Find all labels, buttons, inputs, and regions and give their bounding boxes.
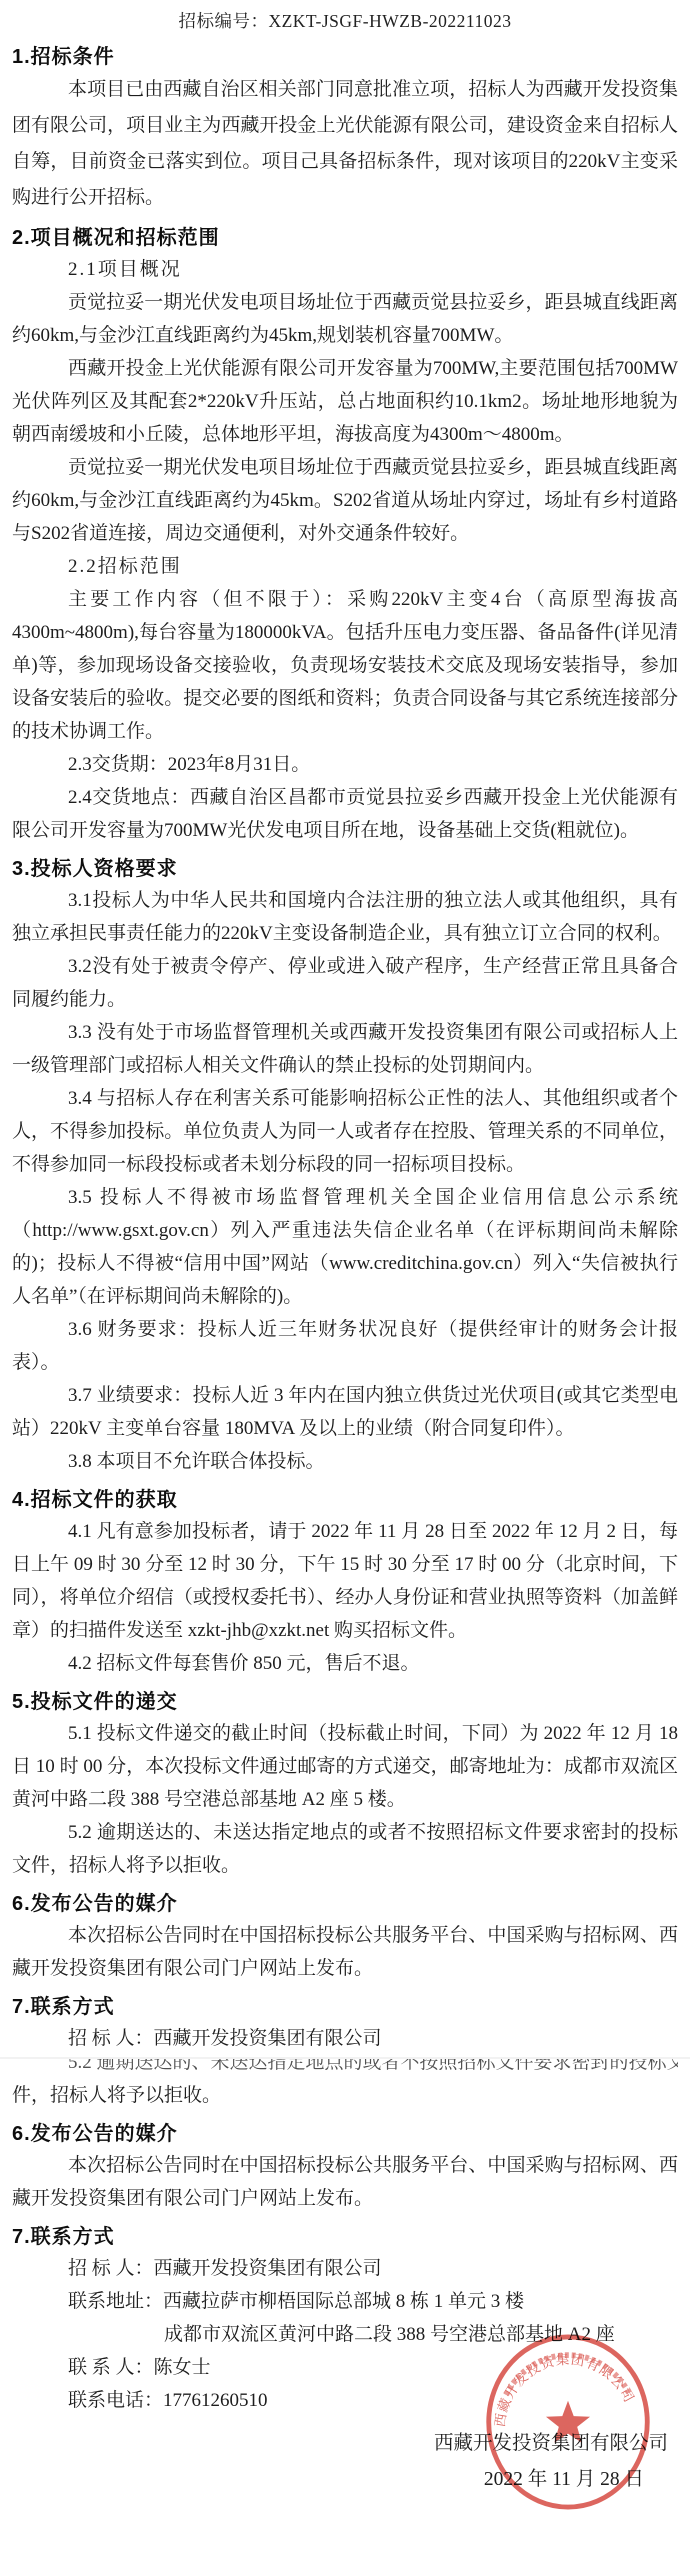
clause-4-1: 4.1 凡有意参加投标者，请于 2022 年 11 月 28 日至 2022 年… bbox=[12, 1515, 678, 1647]
section-7-heading: 7.联系方式 bbox=[12, 1992, 678, 2022]
section-2-3-delivery-date: 2.3交货期：2023年8月31日。 bbox=[12, 748, 678, 781]
section-3-heading: 3.投标人资格要求 bbox=[12, 854, 678, 884]
duplicate-section-7-heading: 7.联系方式 bbox=[12, 2222, 678, 2252]
signature-company-name: 西藏开发投资集团有限公司 bbox=[434, 2428, 668, 2460]
bidder-line: 招 标 人：西藏开发投资集团有限公司 bbox=[12, 2022, 678, 2055]
section-2-2-subheading: 2.2招标范围 bbox=[12, 550, 678, 583]
clipped-duplicate-clause-5-2-line-1: 5.2 逾期送达的、未送达指定地点的或者不按照招标文件要求密封的投标文 bbox=[12, 2059, 678, 2079]
section-1-paragraph: 本项目已由西藏自治区相关部门同意批准立项，招标人为西藏开发投资集团有限公司，项目… bbox=[12, 72, 678, 216]
contact-person-line: 联 系 人：陈女士 bbox=[12, 2351, 678, 2384]
duplicate-section-6-paragraph: 本次招标公告同时在中国招标投标公共服务平台、中国采购与招标网、西藏开发投资集团有… bbox=[12, 2149, 678, 2215]
section-2-4-delivery-place: 2.4交货地点：西藏自治区昌都市贡觉县拉妥乡西藏开投金上光伏能源有限公司开发容量… bbox=[12, 781, 678, 847]
section-2-1-subheading: 2.1项目概况 bbox=[12, 253, 678, 286]
tender-number: 招标编号：XZKT-JSGF-HWZB-202211023 bbox=[12, 8, 678, 35]
section-2-2-paragraph: 主要工作内容（但不限于）：采购220kV主变4台（高原型海拔高4300m~480… bbox=[12, 583, 678, 748]
section-2-1-paragraph-1: 贡觉拉妥一期光伏发电项目场址位于西藏贡觉县拉妥乡，距县城直线距离约60km,与金… bbox=[12, 286, 678, 352]
clause-3-6: 3.6 财务要求：投标人近三年财务状况良好（提供经审计的财务会计报表）。 bbox=[12, 1313, 678, 1379]
clause-3-7: 3.7 业绩要求：投标人近 3 年内在国内独立供货过光伏项目(或其它类型电站）2… bbox=[12, 1379, 678, 1445]
clause-5-1: 5.1 投标文件递交的截止时间（投标截止时间，下同）为 2022 年 12 月 … bbox=[12, 1717, 678, 1816]
bidder-line-2: 招 标 人：西藏开发投资集团有限公司 bbox=[12, 2252, 678, 2285]
signature-date: 2022 年 11 月 28 日 bbox=[484, 2464, 644, 2496]
tender-document-page: 招标编号：XZKT-JSGF-HWZB-202211023 1.招标条件 本项目… bbox=[0, 0, 690, 2564]
section-6-heading: 6.发布公告的媒介 bbox=[12, 1889, 678, 1919]
clause-5-2: 5.2 逾期送达的、未送达指定地点的或者不按照招标文件要求密封的投标文件，招标人… bbox=[12, 1816, 678, 1882]
duplicate-clause-5-2-line-2: 件，招标人将予以拒收。 bbox=[12, 2079, 678, 2112]
clause-3-2: 3.2没有处于被责令停产、停业或进入破产程序，生产经营正常且具备合同履约能力。 bbox=[12, 950, 678, 1016]
clause-3-4: 3.4 与招标人存在利害关系可能影响招标公正性的法人、其他组织或者个人，不得参加… bbox=[12, 1082, 678, 1181]
clause-3-1: 3.1投标人为中华人民共和国境内合法注册的独立法人或其他组织，具有独立承担民事责… bbox=[12, 884, 678, 950]
clause-3-5: 3.5 投标人不得被市场监督管理机关全国企业信用信息公示系统（http://ww… bbox=[12, 1181, 678, 1313]
section-4-heading: 4.招标文件的获取 bbox=[12, 1485, 678, 1515]
section-1-heading: 1.招标条件 bbox=[12, 42, 678, 72]
section-2-1-paragraph-2: 西藏开投金上光伏能源有限公司开发容量为700MW,主要范围包括700MW光伏阵列… bbox=[12, 352, 678, 451]
contact-address-line-1: 联系地址：西藏拉萨市柳梧国际总部城 8 栋 1 单元 3 楼 bbox=[12, 2285, 678, 2318]
clause-3-8: 3.8 本项目不允许联合体投标。 bbox=[12, 1445, 678, 1478]
section-6-paragraph: 本次招标公告同时在中国招标投标公共服务平台、中国采购与招标网、西藏开发投资集团有… bbox=[12, 1919, 678, 1985]
contact-phone-line: 联系电话：17761260510 bbox=[12, 2384, 678, 2417]
duplicate-section-6-heading: 6.发布公告的媒介 bbox=[12, 2119, 678, 2149]
section-2-heading: 2.项目概况和招标范围 bbox=[12, 223, 678, 253]
clause-4-2: 4.2 招标文件每套售价 850 元，售后不退。 bbox=[12, 1647, 678, 1680]
contact-address-line-2: 成都市双流区黄河中路二段 388 号空港总部基地 A2 座 bbox=[12, 2318, 678, 2351]
clause-3-3: 3.3 没有处于市场监督管理机关或西藏开发投资集团有限公司或招标人上一级管理部门… bbox=[12, 1016, 678, 1082]
section-2-1-paragraph-3: 贡觉拉妥一期光伏发电项目场址位于西藏贡觉县拉妥乡，距县城直线距离约60km,与金… bbox=[12, 451, 678, 550]
section-5-heading: 5.投标文件的递交 bbox=[12, 1687, 678, 1717]
